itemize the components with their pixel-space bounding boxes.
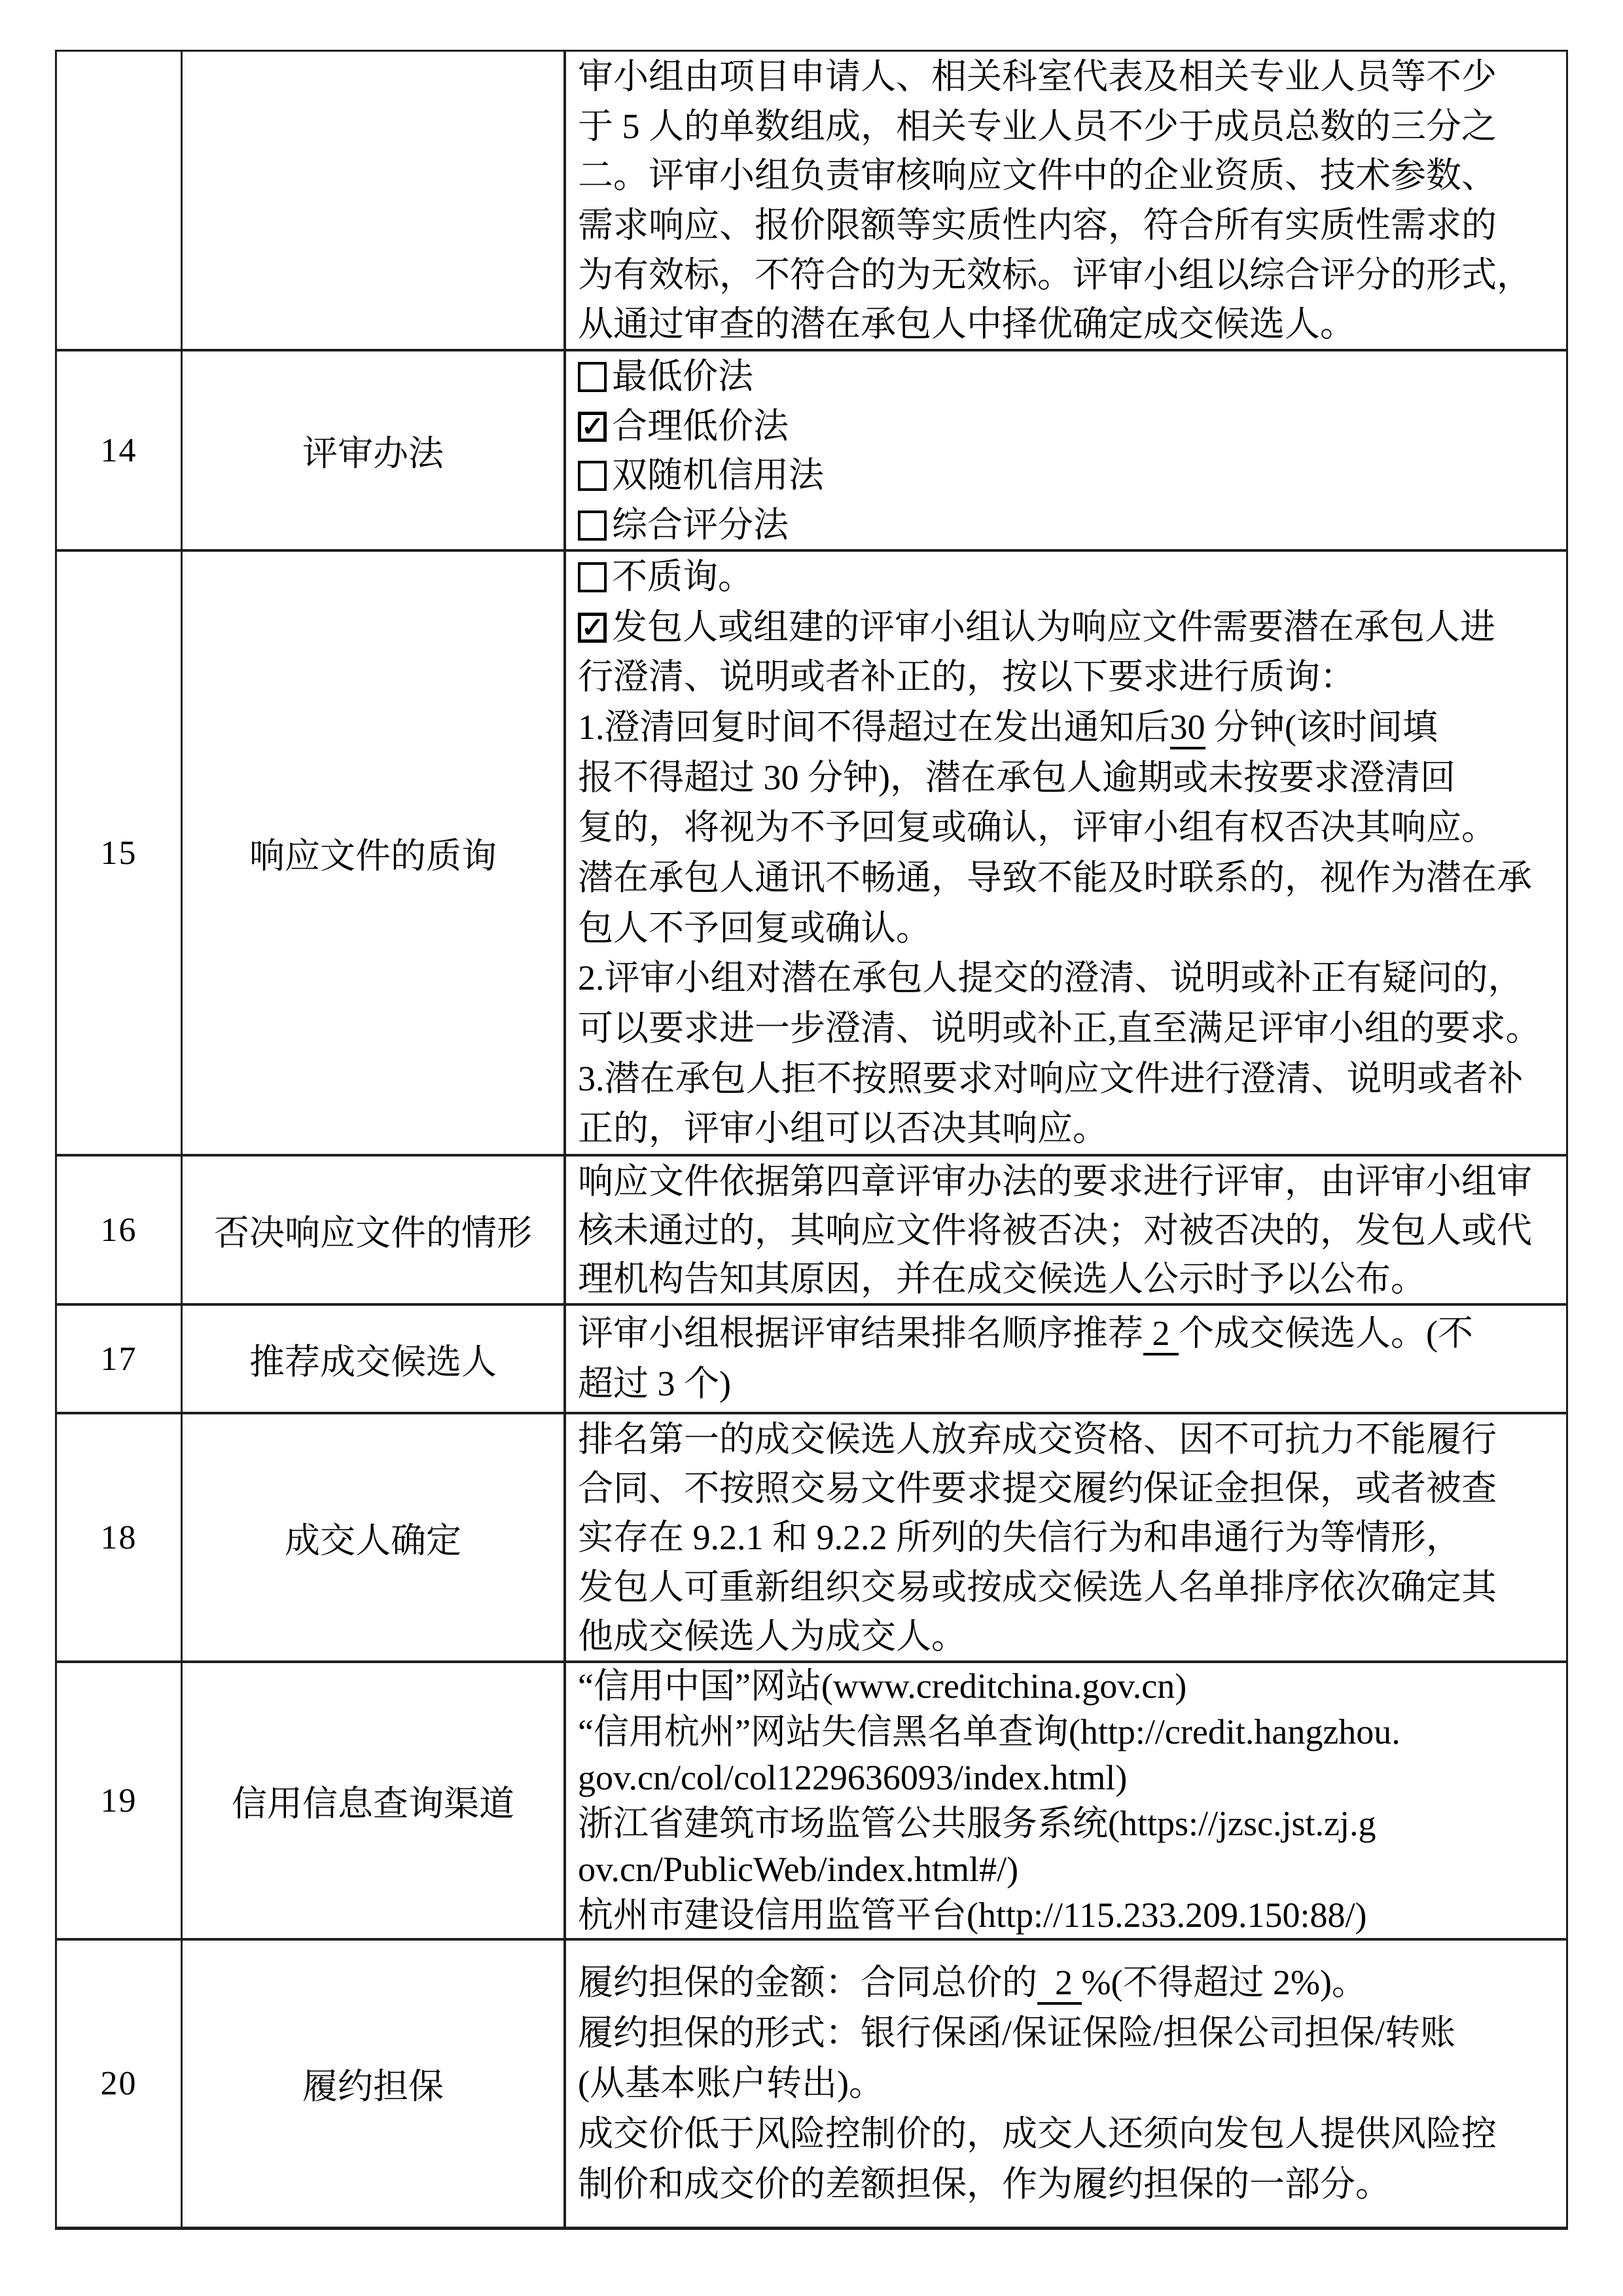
row-number: 18 — [101, 1518, 137, 1557]
content-line: 综合评分法 — [578, 500, 1560, 550]
text-run: 超过 3 个) — [578, 1364, 731, 1403]
content-line: 杭州市建设信用监管平台(http://115.233.209.150:88/) — [578, 1892, 1560, 1938]
content-line: 评审小组根据评审结果排名顺序推荐 2 个成交候选人。(不 — [578, 1308, 1560, 1359]
text-run: 从通过审查的潜在承包人中择优确定成交候选人。 — [578, 304, 1355, 344]
checkbox-checked-icon: ✓ — [578, 613, 607, 643]
content-line: 成交价低于风险控制价的，成交人还须向发包人提供风险控 — [578, 2109, 1560, 2159]
text-run: 制价和成交价的差额担保，作为履约担保的一部分。 — [578, 2164, 1391, 2204]
text-run: 合理低价法 — [612, 406, 789, 446]
content-line: 履约担保的形式：银行保函/保证保险/担保公司担保/转账 — [578, 2008, 1560, 2058]
text-run: 需求响应、报价限额等实质性内容，符合所有实质性需求的 — [578, 206, 1497, 245]
table-row: 16否决响应文件的情形响应文件依据第四章评审办法的要求进行评审，由评审小组审核未… — [57, 1157, 1566, 1306]
text-run: 他成交候选人为成交人。 — [578, 1617, 967, 1656]
content-line: 为有效标，不符合的为无效标。评审小组以综合评分的形式， — [578, 250, 1560, 300]
text-run: 包人不予回复或确认。 — [578, 908, 931, 948]
row-label: 信用信息查询渠道 — [232, 1776, 514, 1826]
row-number-cell — [57, 52, 183, 349]
row-label: 推荐成交候选人 — [249, 1334, 497, 1384]
text-run: 报不得超过 30 分钟)，潜在承包人逾期或未按要求澄清回 — [578, 758, 1455, 797]
row-number-cell: 20 — [57, 1941, 183, 2227]
content-line: 排名第一的成交候选人放弃成交资格、因不可抗力不能履行 — [578, 1414, 1560, 1463]
checkbox-checked-icon: ✓ — [578, 412, 607, 442]
text-run: (从基本账户转出)。 — [578, 2064, 884, 2103]
text-run: “信用中国”网站(www.creditchina.gov.cn) — [578, 1666, 1186, 1706]
row-number: 19 — [101, 1782, 137, 1820]
text-run: 个成交候选人。(不 — [1179, 1314, 1473, 1353]
content-line: 可以要求进一步澄清、说明或补正,直至满足评审小组的要求。 — [578, 1003, 1560, 1054]
content-line: 理机构告知其原因，并在成交候选人公示时予以公布。 — [578, 1254, 1560, 1303]
content-line: 核未通过的，其响应文件将被否决；对被否决的，发包人或代 — [578, 1206, 1560, 1255]
underlined-value: 30 — [1170, 708, 1205, 749]
table-row: 17推荐成交候选人评审小组根据评审结果排名顺序推荐 2 个成交候选人。(不超过 … — [57, 1306, 1566, 1414]
content-line: 合同、不按照交易文件要求提交履约保证金担保，或者被查 — [578, 1463, 1560, 1513]
content-line: 浙江省建筑市场监管公共服务系统(https://jzsc.jst.zj.g — [578, 1801, 1560, 1846]
content-line: ✓合理低价法 — [578, 401, 1560, 451]
procurement-table: 审小组由项目申请人、相关科室代表及相关专业人员等不少于 5 人的单数组成，相关专… — [55, 50, 1568, 2230]
row-label-cell — [183, 52, 566, 349]
content-line: 发包人可重新组织交易或按成交候选人名单排序依次确定其 — [578, 1562, 1560, 1611]
table-row: 15响应文件的质询不质询。✓发包人或组建的评审小组认为响应文件需要潜在承包人进行… — [57, 552, 1566, 1157]
content-line: 不质询。 — [578, 552, 1560, 602]
row-number-cell: 19 — [57, 1663, 183, 1938]
row-number: 16 — [101, 1211, 137, 1249]
content-line: ✓发包人或组建的评审小组认为响应文件需要潜在承包人进 — [578, 602, 1560, 653]
text-run: 发包人可重新组织交易或按成交候选人名单排序依次确定其 — [578, 1568, 1497, 1607]
text-run: 可以要求进一步澄清、说明或补正,直至满足评审小组的要求。 — [578, 1009, 1541, 1048]
row-content-cell: 排名第一的成交候选人放弃成交资格、因不可抗力不能履行合同、不按照交易文件要求提交… — [566, 1414, 1566, 1660]
row-label: 否决响应文件的情形 — [214, 1205, 532, 1255]
row-label: 评审办法 — [302, 425, 444, 476]
content-line: 于 5 人的单数组成，相关专业人员不少于成员总数的三分之 — [578, 101, 1560, 151]
text-run: 3.潜在承包人拒不按照要求对响应文件进行澄清、说明或者补 — [578, 1059, 1524, 1098]
text-run: 履约担保的形式：银行保函/保证保险/担保公司担保/转账 — [578, 2013, 1455, 2053]
table-row: 14评审办法最低价法✓合理低价法双随机信用法综合评分法 — [57, 351, 1566, 552]
content-line: 他成交候选人为成交人。 — [578, 1611, 1560, 1660]
content-line: 履约担保的金额：合同总价的 2 %(不得超过 2%)。 — [578, 1958, 1560, 2008]
text-run: 评审小组根据评审结果排名顺序推荐 — [578, 1314, 1143, 1353]
row-number: 15 — [101, 834, 137, 872]
row-number-cell: 16 — [57, 1157, 183, 1303]
text-run: 潜在承包人通讯不畅通，导致不能及时联系的，视作为潜在承 — [578, 858, 1532, 897]
checkbox-unchecked-icon — [578, 511, 607, 541]
text-run: %(不得超过 2%)。 — [1082, 1963, 1367, 2002]
checkbox-unchecked-icon — [578, 461, 607, 491]
checkbox-unchecked-icon — [578, 362, 607, 392]
content-line: “信用杭州”网站失信黑名单查询(http://credit.hangzhou. — [578, 1709, 1560, 1755]
row-label: 履约担保 — [302, 2058, 444, 2109]
row-label-cell: 评审办法 — [183, 351, 566, 549]
text-run: 浙江省建筑市场监管公共服务系统(https://jzsc.jst.zj.g — [578, 1804, 1376, 1843]
content-line: 双随机信用法 — [578, 450, 1560, 500]
row-label-cell: 成交人确定 — [183, 1414, 566, 1660]
text-run: 成交价低于风险控制价的，成交人还须向发包人提供风险控 — [578, 2114, 1497, 2153]
content-line: “信用中国”网站(www.creditchina.gov.cn) — [578, 1663, 1560, 1709]
row-number-cell: 17 — [57, 1306, 183, 1412]
text-run: 发包人或组建的评审小组认为响应文件需要潜在承包人进 — [612, 607, 1495, 647]
text-run: 杭州市建设信用监管平台(http://115.233.209.150:88/) — [578, 1895, 1366, 1935]
table-row: 审小组由项目申请人、相关科室代表及相关专业人员等不少于 5 人的单数组成，相关专… — [57, 52, 1566, 351]
content-line: 超过 3 个) — [578, 1359, 1560, 1409]
row-content-cell: 响应文件依据第四章评审办法的要求进行评审，由评审小组审核未通过的，其响应文件将被… — [566, 1157, 1566, 1303]
content-line: 潜在承包人通讯不畅通，导致不能及时联系的，视作为潜在承 — [578, 853, 1560, 903]
content-line: 从通过审查的潜在承包人中择优确定成交候选人。 — [578, 299, 1560, 349]
text-run: 理机构告知其原因，并在成交候选人公示时予以公布。 — [578, 1259, 1426, 1299]
text-run: 为有效标，不符合的为无效标。评审小组以综合评分的形式， — [578, 255, 1532, 295]
text-run: 2.评审小组对潜在承包人提交的澄清、说明或补正有疑问的， — [578, 958, 1524, 997]
row-content-cell: 不质询。✓发包人或组建的评审小组认为响应文件需要潜在承包人进行澄清、说明或者补正… — [566, 552, 1566, 1154]
content-line: 行澄清、说明或者补正的，按以下要求进行质询： — [578, 652, 1560, 702]
text-run: “信用杭州”网站失信黑名单查询(http://credit.hangzhou. — [578, 1712, 1400, 1751]
row-number: 20 — [101, 2064, 137, 2103]
row-number-cell: 15 — [57, 552, 183, 1154]
underlined-value: 2 — [1037, 1963, 1082, 2005]
content-line: 包人不予回复或确认。 — [578, 903, 1560, 954]
content-line: 最低价法 — [578, 351, 1560, 401]
text-run: 合同、不按照交易文件要求提交履约保证金担保，或者被查 — [578, 1469, 1497, 1508]
content-line: gov.cn/col/col1229636093/index.html) — [578, 1755, 1560, 1801]
text-run: 审小组由项目申请人、相关科室代表及相关专业人员等不少 — [578, 57, 1497, 96]
text-run: 响应文件依据第四章评审办法的要求进行评审，由评审小组审 — [578, 1162, 1532, 1201]
text-run: 双随机信用法 — [612, 456, 824, 495]
row-label-cell: 推荐成交候选人 — [183, 1306, 566, 1412]
text-run: 于 5 人的单数组成，相关专业人员不少于成员总数的三分之 — [578, 107, 1497, 146]
content-line: 制价和成交价的差额担保，作为履约担保的一部分。 — [578, 2159, 1560, 2210]
text-run: 分钟(该时间填 — [1205, 708, 1438, 747]
content-line: 需求响应、报价限额等实质性内容，符合所有实质性需求的 — [578, 200, 1560, 250]
text-run: 最低价法 — [612, 357, 753, 396]
content-line: 2.评审小组对潜在承包人提交的澄清、说明或补正有疑问的， — [578, 953, 1560, 1003]
row-content-cell: 最低价法✓合理低价法双随机信用法综合评分法 — [566, 351, 1566, 549]
row-label: 响应文件的质询 — [249, 828, 497, 878]
row-number: 17 — [101, 1340, 137, 1378]
row-label-cell: 否决响应文件的情形 — [183, 1157, 566, 1303]
content-line: ov.cn/PublicWeb/index.html#/) — [578, 1846, 1560, 1892]
text-run: 综合评分法 — [612, 505, 789, 545]
table-row: 20履约担保履约担保的金额：合同总价的 2 %(不得超过 2%)。履约担保的形式… — [57, 1941, 1566, 2227]
document-page: 审小组由项目申请人、相关科室代表及相关专业人员等不少于 5 人的单数组成，相关专… — [0, 0, 1623, 2296]
row-number-cell: 14 — [57, 351, 183, 549]
content-line: 实存在 9.2.1 和 9.2.2 所列的失信行为和串通行为等情形， — [578, 1513, 1560, 1562]
row-content-cell: 审小组由项目申请人、相关科室代表及相关专业人员等不少于 5 人的单数组成，相关专… — [566, 52, 1566, 349]
row-label-cell: 响应文件的质询 — [183, 552, 566, 1154]
text-run: 不质询。 — [612, 557, 753, 596]
text-run: 复的，将视为不予回复或确认，评审小组有权否决其响应。 — [578, 808, 1497, 847]
text-run: 正的，评审小组可以否决其响应。 — [578, 1109, 1108, 1148]
content-line: 审小组由项目申请人、相关科室代表及相关专业人员等不少 — [578, 52, 1560, 101]
text-run: gov.cn/col/col1229636093/index.html) — [578, 1758, 1127, 1797]
row-label-cell: 履约担保 — [183, 1941, 566, 2227]
checkbox-unchecked-icon — [578, 562, 607, 592]
content-line: 1.澄清回复时间不得超过在发出通知后30 分钟(该时间填 — [578, 702, 1560, 753]
text-run: ov.cn/PublicWeb/index.html#/) — [578, 1850, 1018, 1889]
table-row: 19信用信息查询渠道“信用中国”网站(www.creditchina.gov.c… — [57, 1663, 1566, 1941]
content-line: 报不得超过 30 分钟)，潜在承包人逾期或未按要求澄清回 — [578, 753, 1560, 803]
text-run: 实存在 9.2.1 和 9.2.2 所列的失信行为和串通行为等情形， — [578, 1518, 1461, 1557]
content-line: 复的，将视为不予回复或确认，评审小组有权否决其响应。 — [578, 802, 1560, 853]
row-content-cell: 评审小组根据评审结果排名顺序推荐 2 个成交候选人。(不超过 3 个) — [566, 1306, 1566, 1412]
content-line: 二。评审小组负责审核响应文件中的企业资质、技术参数、 — [578, 151, 1560, 200]
text-run: 履约担保的金额：合同总价的 — [578, 1963, 1037, 2002]
row-number: 14 — [101, 431, 137, 470]
row-content-cell: 履约担保的金额：合同总价的 2 %(不得超过 2%)。履约担保的形式：银行保函/… — [566, 1941, 1566, 2227]
underlined-value: 2 — [1143, 1314, 1179, 1355]
table-row: 18成交人确定排名第一的成交候选人放弃成交资格、因不可抗力不能履行合同、不按照交… — [57, 1414, 1566, 1663]
text-run: 行澄清、说明或者补正的，按以下要求进行质询： — [578, 657, 1355, 696]
row-number-cell: 18 — [57, 1414, 183, 1660]
row-label-cell: 信用信息查询渠道 — [183, 1663, 566, 1938]
content-line: (从基本账户转出)。 — [578, 2058, 1560, 2109]
content-line: 响应文件依据第四章评审办法的要求进行评审，由评审小组审 — [578, 1157, 1560, 1206]
row-content-cell: “信用中国”网站(www.creditchina.gov.cn)“信用杭州”网站… — [566, 1663, 1566, 1938]
text-run: 二。评审小组负责审核响应文件中的企业资质、技术参数、 — [578, 156, 1497, 195]
text-run: 排名第一的成交候选人放弃成交资格、因不可抗力不能履行 — [578, 1420, 1497, 1459]
row-label: 成交人确定 — [285, 1513, 461, 1563]
text-run: 1.澄清回复时间不得超过在发出通知后 — [578, 708, 1170, 747]
content-line: 3.潜在承包人拒不按照要求对响应文件进行澄清、说明或者补 — [578, 1054, 1560, 1104]
content-line: 正的，评审小组可以否决其响应。 — [578, 1103, 1560, 1154]
text-run: 核未通过的，其响应文件将被否决；对被否决的，发包人或代 — [578, 1211, 1532, 1250]
